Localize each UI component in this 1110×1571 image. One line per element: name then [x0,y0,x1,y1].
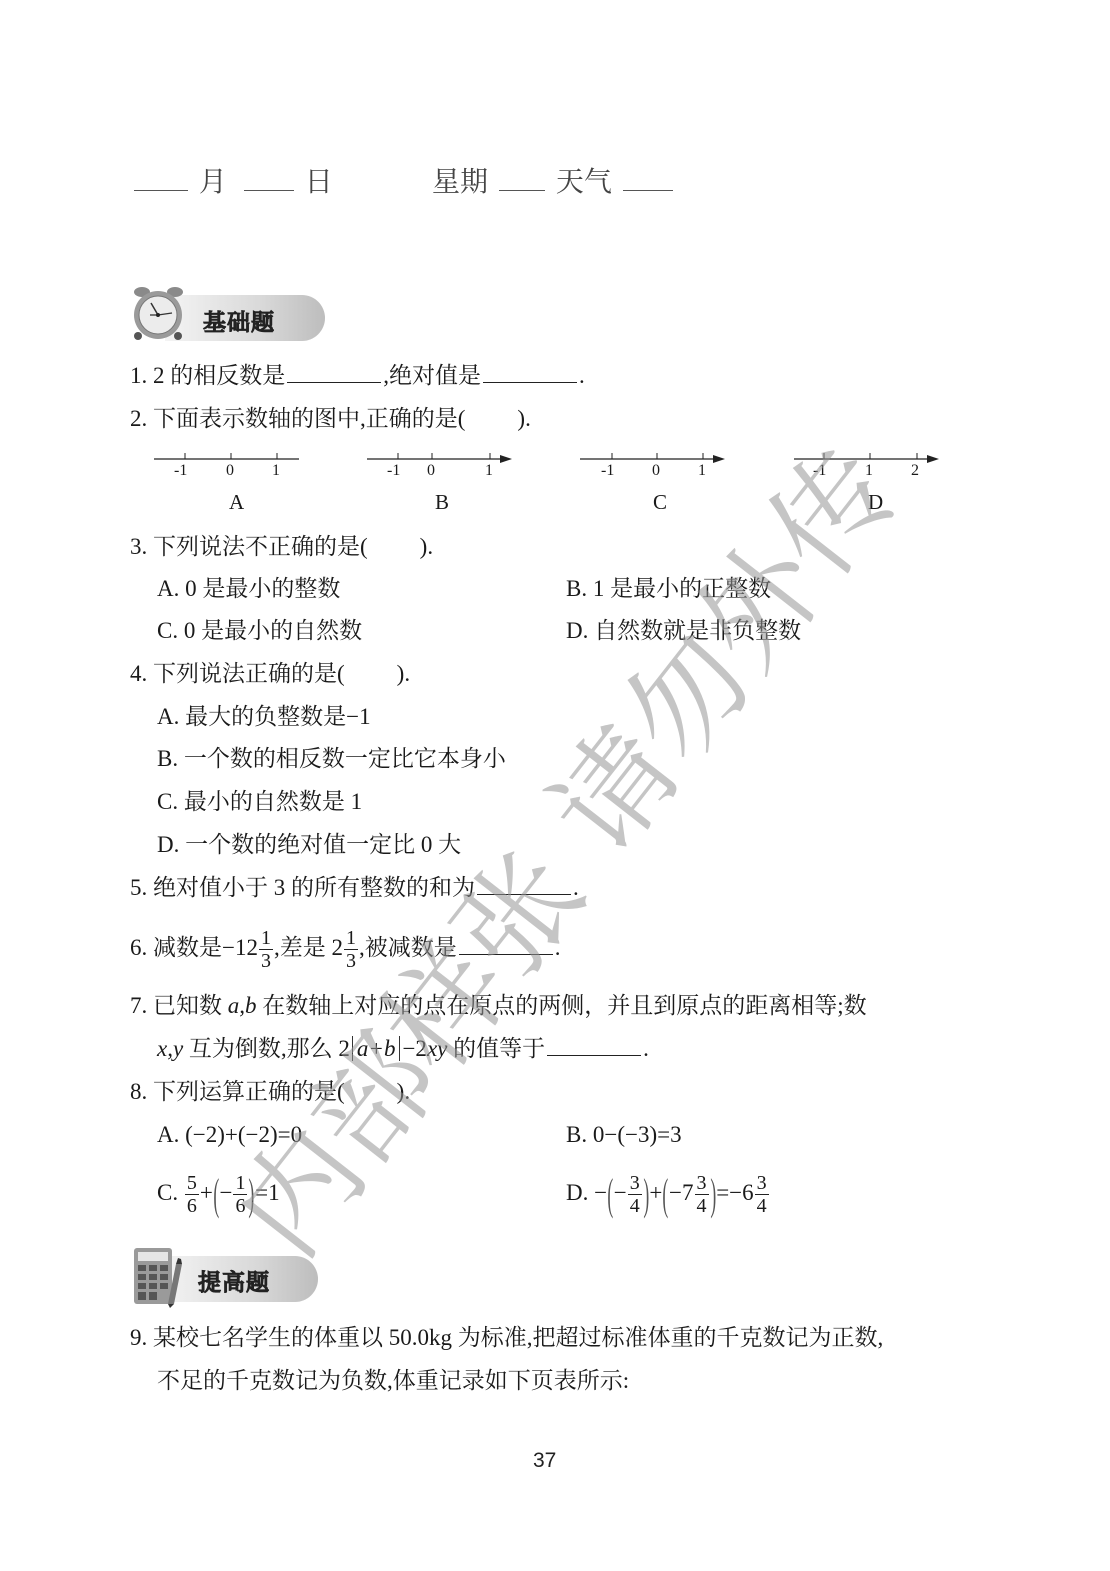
calculator-icon [132,1246,192,1308]
option-text: 最小的自然数是 1 [184,789,362,814]
tick-label: -1 [174,462,187,480]
fraction: 56 [185,1172,199,1217]
tick-label: 0 [226,462,234,480]
question-text: ). [397,1079,410,1104]
question-text: ). [420,534,433,559]
option-label: D. [566,1180,588,1205]
operator: + [200,1180,213,1205]
option-text: 自然数就是非负整数 [594,618,801,643]
option-4a[interactable]: A. 最大的负整数是−1 [157,702,371,732]
operator: + [649,1180,662,1205]
question-number: 3. [130,534,147,559]
answer-blank-7[interactable] [547,1053,641,1056]
option-label: C. [157,1180,178,1205]
fraction: 13 [344,927,358,972]
question-text: . [579,363,585,388]
variable: a,b [228,993,257,1018]
number-line-option-d[interactable]: -1 1 2 D [794,450,944,475]
variable: x,y [157,1036,183,1061]
question-9-line-1: 9. 某校七名学生的体重以 50.0kg 为标准,把超过标准体重的千克数记为正数… [130,1323,883,1353]
question-text: 下列说法正确的是( [153,661,345,686]
question-number: 4. [130,661,147,686]
question-5: 5. 绝对值小于 3 的所有整数的和为. [130,873,579,903]
question-text: ). [517,406,530,431]
variable: xy [427,1036,447,1061]
option-4b[interactable]: B. 一个数的相反数一定比它本身小 [157,744,506,774]
result: =1 [255,1180,279,1205]
month-blank[interactable] [134,188,188,191]
option-letter: C [653,490,667,515]
question-4: 4. 下列说法正确的是(). [130,659,410,689]
question-text: 下面表示数轴的图中,正确的是( [153,406,465,431]
question-text: . [555,935,561,960]
option-label: A. [157,1122,179,1147]
option-label: D. [157,832,179,857]
question-text: 不足的千克数记为负数,体重记录如下页表所示: [157,1368,629,1393]
section-title-advanced: 提高题 [198,1264,270,1297]
alarm-clock-icon [128,282,190,344]
question-text: ). [397,661,410,686]
tick-label: 1 [865,462,873,480]
left-paren: ( [663,1173,669,1217]
option-text: 1 是最小的正整数 [593,576,771,601]
question-text: 已知数 [153,993,228,1018]
question-7-line-1: 7. 已知数 a,b 在数轴上对应的点在原点的两侧，并且到原点的距离相等;数 [130,991,867,1021]
question-number: 1. [130,363,147,388]
fraction: 34 [755,1172,769,1217]
day-blank[interactable] [244,188,294,191]
question-2: 2. 下面表示数轴的图中,正确的是(). [130,404,531,434]
question-number: 8. [130,1079,147,1104]
number-line-option-a[interactable]: -1 0 1 A [154,450,304,475]
option-label: C. [157,789,178,814]
tick-label: 0 [652,462,660,480]
answer-blank-6[interactable] [459,952,553,955]
tick-label: 0 [427,462,435,480]
fraction: 13 [259,927,273,972]
left-paren: ( [608,1173,614,1217]
question-text: ,绝对值是 [383,363,481,388]
question-number: 7. [130,993,147,1018]
option-text: 一个数的相反数一定比它本身小 [184,746,506,771]
option-8d[interactable]: D. −(−34)+(−734)=−634 [566,1166,770,1220]
option-expression: 0−(−3)=3 [593,1122,682,1147]
question-text: 互为倒数,那么 2 [183,1036,350,1061]
answer-blank-1b[interactable] [483,380,577,383]
option-letter: B [435,490,449,515]
option-label: A. [157,704,179,729]
option-text: 一个数的绝对值一定比 0 大 [185,832,461,857]
number-line-option-b[interactable]: -1 0 1 B [367,450,517,475]
operator: − [614,1180,627,1205]
number-line-option-c[interactable]: -1 0 1 C [580,450,730,475]
option-3c[interactable]: C. 0 是最小的自然数 [157,616,362,646]
question-text: ,差是 2 [274,935,343,960]
option-3a[interactable]: A. 0 是最小的整数 [157,574,340,604]
question-1: 1. 2 的相反数是,绝对值是. [130,361,585,391]
question-text: 减数是−12 [153,935,258,960]
question-text: . [573,875,579,900]
option-label: C. [157,618,178,643]
option-3b[interactable]: B. 1 是最小的正整数 [566,574,771,604]
question-number: 9. [130,1325,147,1350]
option-8b[interactable]: B. 0−(−3)=3 [566,1120,682,1150]
section-title-basic: 基础题 [203,304,275,337]
question-text: ,被减数是 [359,935,457,960]
right-paren: ) [643,1173,649,1217]
question-6: 6. 减数是−1213,差是 213,被减数是. [130,920,560,976]
operator: −7 [669,1180,693,1205]
option-4d[interactable]: D. 一个数的绝对值一定比 0 大 [157,830,461,860]
weekday-weather-header: 星期 天气 [432,160,675,200]
tick-label: -1 [387,462,400,480]
date-header: 月 日 [132,160,333,200]
absolute-value: a+b [352,1036,401,1061]
option-label: D. [566,618,588,643]
question-7-line-2: x,y 互为倒数,那么 2a+b−2xy 的值等于. [157,1034,649,1064]
weekday-blank[interactable] [499,188,545,191]
option-label: B. [157,746,178,771]
question-text: 2 的相反数是 [153,363,285,388]
operator: − [594,1180,607,1205]
question-3: 3. 下列说法不正确的是(). [130,532,433,562]
tick-label: 1 [485,462,493,480]
result: =−6 [716,1180,753,1205]
weekday-label: 星期 [432,165,488,198]
option-text: 0 是最小的整数 [185,576,340,601]
question-text: 某校七名学生的体重以 50.0kg 为标准,把超过标准体重的千克数记为正数, [153,1325,883,1350]
weather-blank[interactable] [623,188,673,191]
right-paren: ) [710,1173,716,1217]
option-label: A. [157,576,179,601]
option-3d[interactable]: D. 自然数就是非负整数 [566,616,801,646]
left-paren: ( [213,1173,219,1217]
tick-label: 1 [698,462,706,480]
option-expression: (−2)+(−2)=0 [185,1122,302,1147]
fraction: 16 [233,1172,247,1217]
fraction: 34 [695,1172,709,1217]
question-text: 绝对值小于 3 的所有整数的和为 [153,875,475,900]
option-4c[interactable]: C. 最小的自然数是 1 [157,787,362,817]
option-text: 最大的负整数是−1 [185,704,370,729]
question-text: −2 [402,1036,426,1061]
question-8: 8. 下列运算正确的是(). [130,1077,410,1107]
tick-label: -1 [601,462,614,480]
operator: − [219,1180,232,1205]
option-letter: D [868,490,883,515]
question-number: 2. [130,406,147,431]
fraction: 34 [628,1172,642,1217]
question-text: 在数轴上对应的点在原点的两侧，并且到原点的距离相等;数 [257,993,867,1018]
option-letter: A [229,490,244,515]
month-label: 月 [199,165,227,198]
answer-blank-1a[interactable] [287,380,381,383]
option-text: 0 是最小的自然数 [184,618,362,643]
tick-label: 2 [911,462,919,480]
question-text: . [643,1036,649,1061]
question-number: 5. [130,875,147,900]
question-text: 下列说法不正确的是( [153,534,368,559]
option-8a[interactable]: A. (−2)+(−2)=0 [157,1120,302,1150]
page-number: 37 [533,1449,556,1473]
option-label: B. [566,1122,587,1147]
tick-label: 1 [272,462,280,480]
question-number: 6. [130,935,147,960]
option-label: B. [566,576,587,601]
tick-label: -1 [813,462,826,480]
day-label: 日 [305,165,333,198]
weather-label: 天气 [556,165,612,198]
answer-blank-5[interactable] [477,892,571,895]
question-text: 的值等于 [447,1036,545,1061]
right-paren: ) [249,1173,255,1217]
question-text: 下列运算正确的是( [153,1079,345,1104]
option-8c[interactable]: C. 56+(−16)=1 [157,1166,280,1220]
question-9-line-2: 不足的千克数记为负数,体重记录如下页表所示: [157,1366,629,1396]
